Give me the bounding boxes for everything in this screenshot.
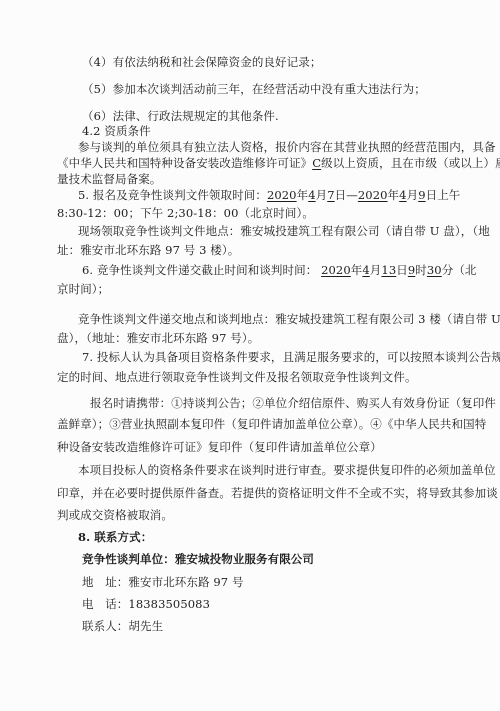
document-page: （4）有依法纳税和社会保障资金的良好记录； （5）参加本次谈判活动前三年，在经营… [0,0,500,711]
start-month: 4 [308,188,315,202]
start-day: 7 [327,188,334,202]
pickup-location-line1: 现场领取竞争性谈判文件地点：雅安城投建筑工程有限公司（请自带 U 盘），（地 [78,224,490,238]
section-7-line1: 7. 投标人认为具备项目资格条件要求，且满足服务要求的，可以按照本谈判公告规 [82,350,500,364]
review-line3: 判或成交资格被取消。 [57,508,173,522]
license-grade: C [312,156,321,170]
deadline-day: 13 [381,263,396,277]
section-5-line2: 8:30-12：00；下午 2;30-18：00（北京时间）。 [57,206,314,220]
end-day: 9 [418,188,425,202]
section-4-2-heading: 4.2 资质条件 [82,124,151,138]
submit-location-line1: 竞争性谈判文件递交地点和谈判地点：雅安城投建筑工程有限公司 3 楼（请自带 U [78,312,500,326]
submit-location-line2: 盘），（地址：雅安市北环东路 97 号）。 [57,331,259,345]
section-6-line1: 6. 竞争性谈判文件递交截止时间和谈判时间： 2020年4月13日9时30分（北 [82,263,477,277]
contact-phone: 电 话：18383505083 [82,597,210,611]
review-line1: 本项目投标人的资格条件要求在谈判时进行审查。要求提供复印件的必须加盖单位 [78,463,496,477]
end-month: 4 [399,188,406,202]
section-4-2-para-line2: 《中华人民共和国特种设备安装改造维修许可证》C级以上资质，且在市级（或以上）质 [57,156,500,170]
section-5-line1: 5. 报名及竞争性谈判文件领取时间：2020年4月7日—2020年4月9日上午 [78,188,460,202]
section-7-line2: 定的时间、地点进行领取竞争性谈判文件及报名领取竞争性谈判文件。 [57,370,417,384]
deadline-month: 4 [362,263,369,277]
bring-docs-line3: 种设备安装改造维修许可证》复印件（复印件请加盖单位公章） [57,440,382,454]
pickup-location-line2: 址：雅安市北环东路 97 号 3 楼）。 [57,243,239,257]
deadline-year: 2020 [321,263,351,277]
section-6-line2: 京时间）； [57,282,109,296]
list-item-5: （5）参加本次谈判活动前三年，在经营活动中没有重大违法行为； [82,82,426,96]
contact-address: 地 址：雅安市北环东路 97 号 [82,575,244,589]
section-4-2-para-line1: 参与谈判的单位须具有独立法人资格，报价内容在其营业执照的经营范围内，具备 [78,140,496,154]
deadline-minute: 30 [427,263,442,277]
section-8-heading: 8. 联系方式： [78,530,152,544]
contact-person: 联系人：胡先生 [82,619,163,633]
bring-docs-line1: 报名时请携带：①持谈判公告；②单位介绍信原件、购买人有效身份证（复印件 [90,396,496,410]
review-line2: 印章，并在必要时提供原件备查。若提供的资格证明文件不全或不实，将导致其参加谈 [57,486,498,500]
list-item-6: （6）法律、行政法规规定的其他条件. [82,109,279,123]
list-item-4: （4）有依法纳税和社会保障资金的良好记录； [82,55,321,69]
contact-unit: 竞争性谈判单位：雅安城投物业服务有限公司 [82,552,314,566]
end-year: 2020 [358,188,388,202]
section-4-2-para-line3: 量技术监督局备案。 [57,172,161,186]
bring-docs-line2: 盖鲜章）；③营业执照副本复印件（复印件请加盖单位公章）。④《中华人民共和国特 [57,417,486,431]
start-year: 2020 [267,188,297,202]
